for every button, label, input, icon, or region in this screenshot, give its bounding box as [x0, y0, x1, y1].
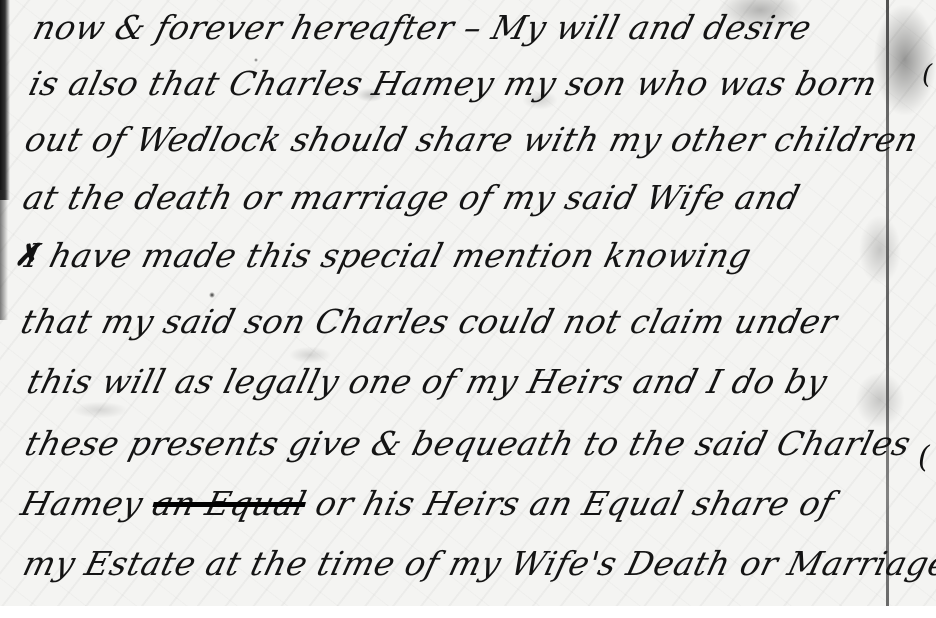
handwritten-line-7: this will as legally one of my Heirs and…: [23, 362, 831, 401]
right-margin-edge-mark: (: [922, 60, 932, 90]
handwritten-line-8: these presents give & bequeath to the sa…: [21, 424, 915, 463]
struck-through-text: an Equal: [149, 484, 311, 523]
handwritten-line-9: Hamey an Equal or his Heirs an Equal sha…: [17, 484, 838, 523]
handwritten-line-1: now & forever hereafter – My will and de…: [29, 8, 816, 47]
handwritten-line-6: that my said son Charles could not claim…: [17, 302, 842, 341]
page-fold-line: [886, 0, 889, 618]
line-9-prefix: Hamey: [17, 484, 158, 523]
scan-left-edge-fade: [0, 190, 8, 320]
manuscript-page: now & forever hereafter – My will and de…: [0, 0, 936, 618]
handwritten-line-5: I have made this special mention knowing: [21, 236, 756, 275]
handwritten-line-10: my Estate at the time of my Wife's Death…: [19, 544, 936, 583]
scan-bottom-margin: [0, 606, 936, 618]
right-margin-paren-mark: (: [918, 440, 930, 475]
scan-left-edge-shadow: [0, 0, 10, 200]
left-margin-cross-mark: ✗: [14, 238, 39, 273]
line-9-suffix: or his Heirs an Equal share of: [301, 484, 838, 523]
handwritten-line-3: out of Wedlock should share with my othe…: [21, 120, 923, 159]
handwritten-line-2: is also that Charles Hamey my son who wa…: [25, 64, 881, 103]
handwritten-line-4: at the death or marriage of my said Wife…: [19, 178, 804, 217]
